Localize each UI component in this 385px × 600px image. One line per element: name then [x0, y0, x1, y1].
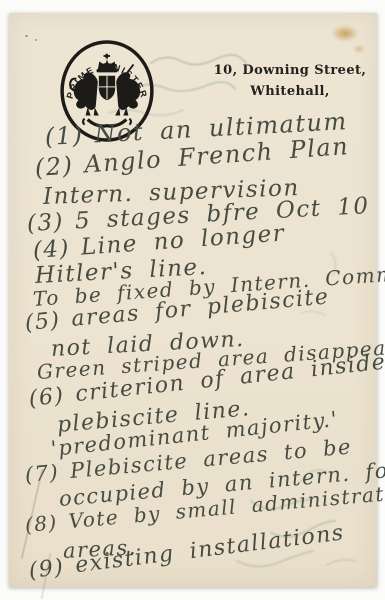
royal-coat-of-arms [70, 54, 140, 126]
note-line-marker: (1) [44, 121, 84, 151]
note-line-marker: (6) [28, 383, 66, 412]
note-line-marker: (5) [24, 308, 62, 336]
paper-speck [25, 35, 28, 37]
note-line-marker: (3) [26, 209, 64, 237]
paper-stain [331, 25, 359, 42]
paper-stain [353, 45, 365, 53]
address-street: 10, Downing Street, [205, 60, 375, 81]
letterhead-address: 10, Downing Street, Whitehall, [205, 60, 375, 103]
note-line-marker: (2) [34, 151, 74, 182]
paper-speck [35, 39, 37, 41]
note-line-marker: (4) [32, 235, 71, 264]
address-city: Whitehall, [205, 81, 375, 102]
letter-paper: PRIME MINISTER 10, Downing Street, [9, 13, 377, 587]
